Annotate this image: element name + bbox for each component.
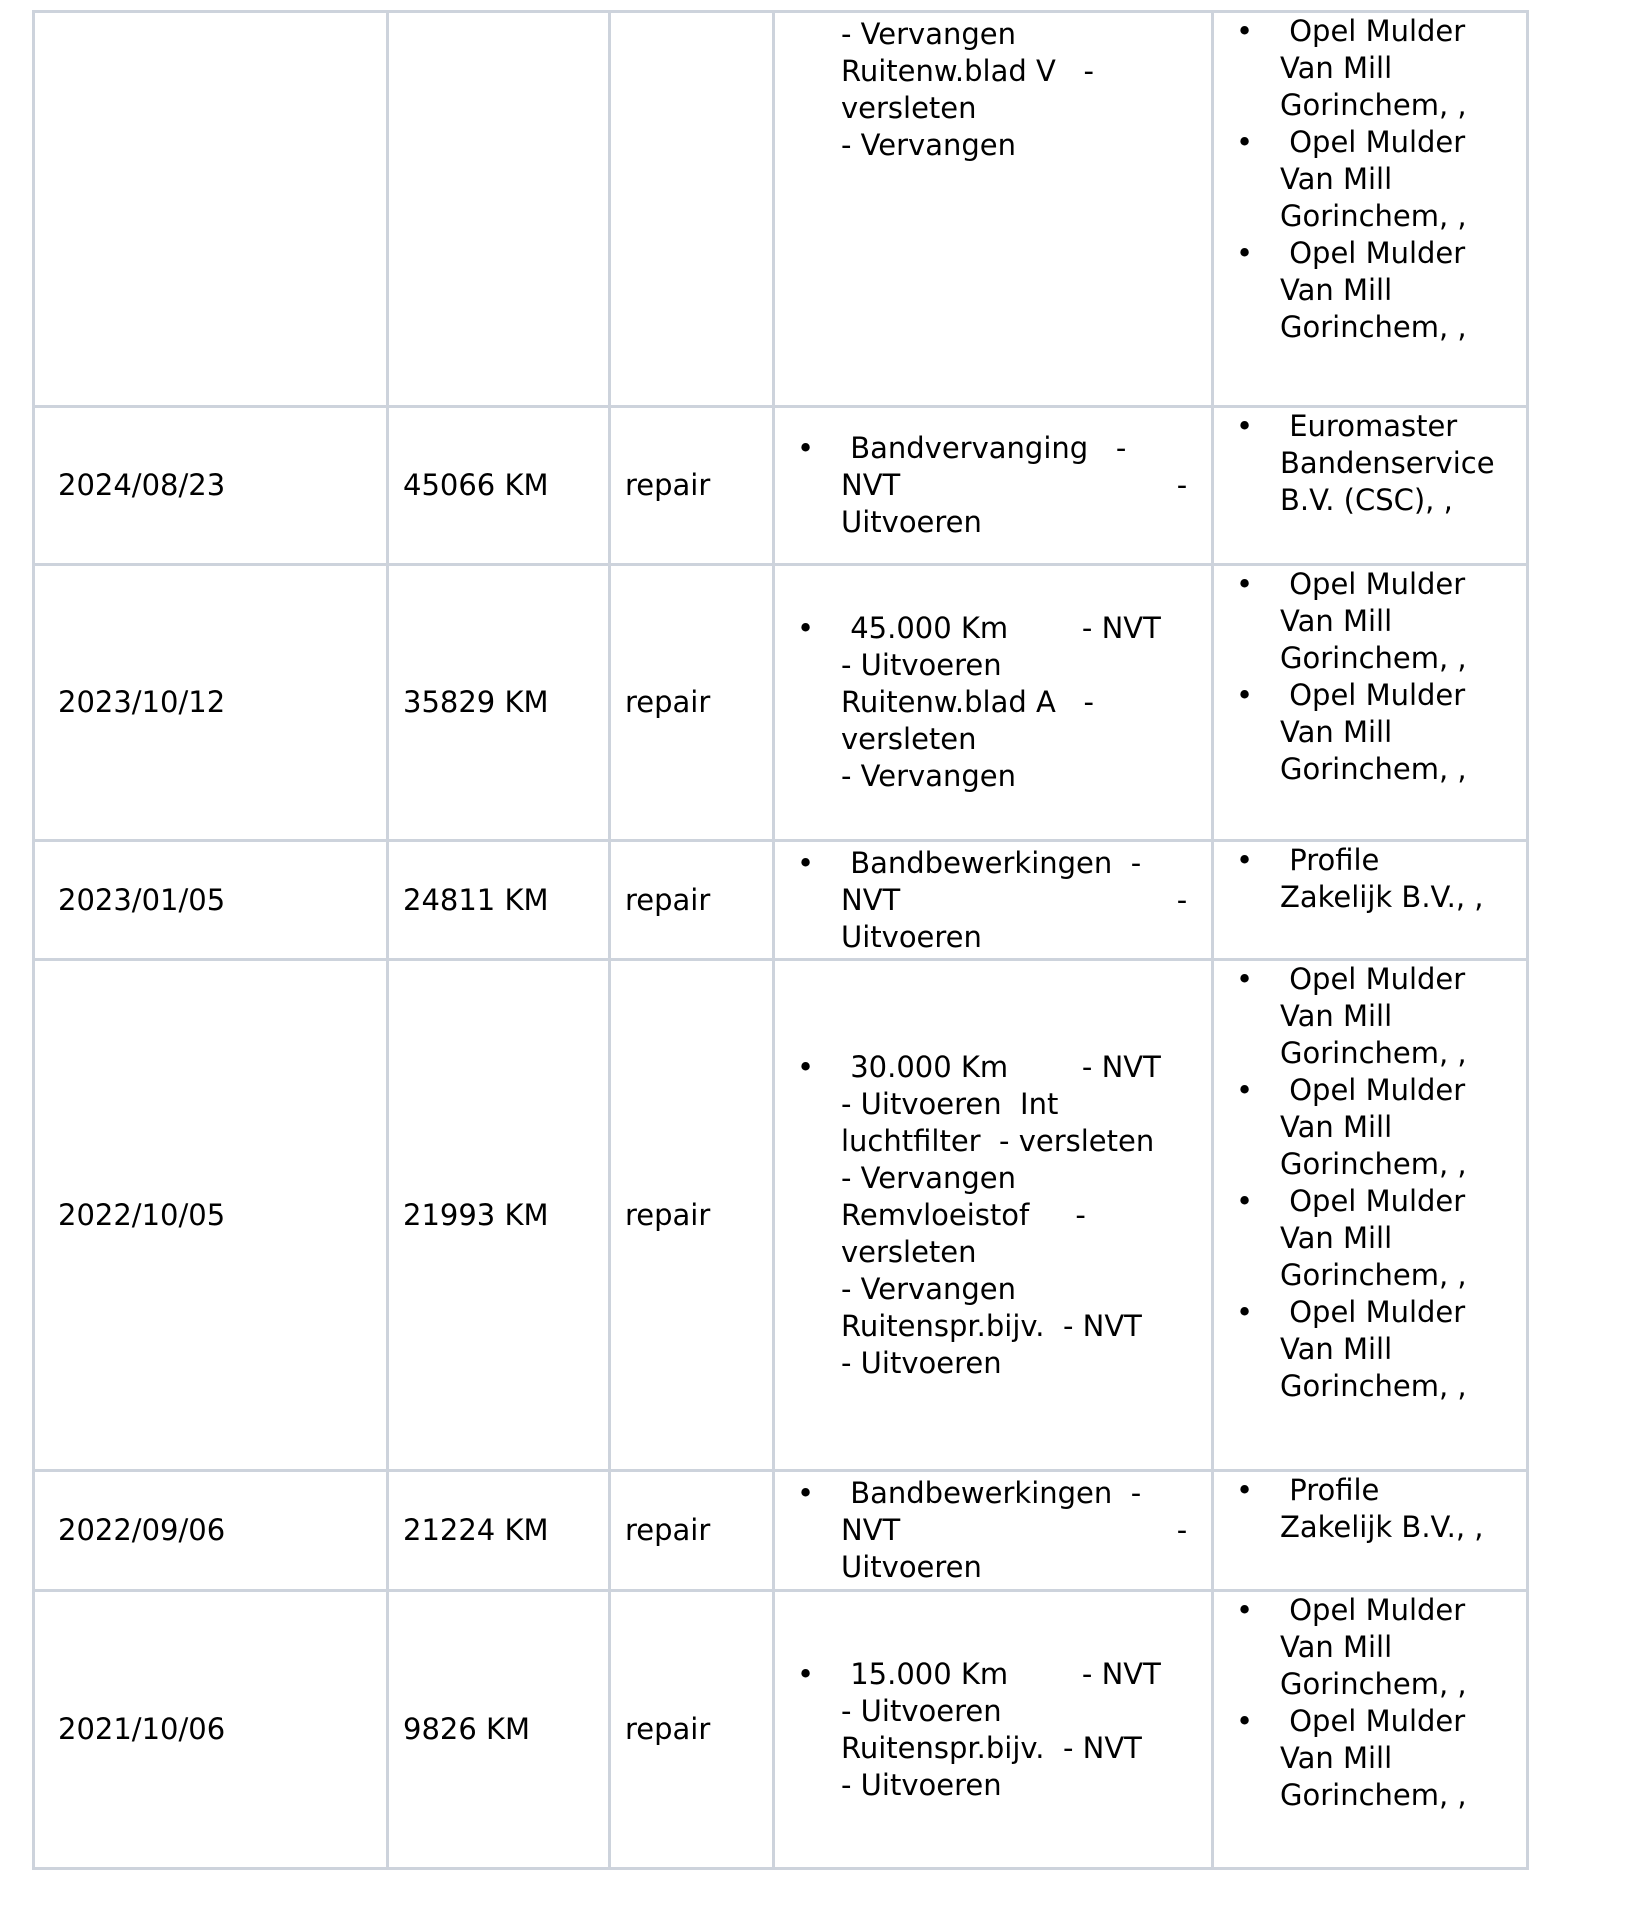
garage-line: Opel Mulder <box>1280 1703 1518 1740</box>
garage-line: Van Mill <box>1280 1331 1518 1368</box>
garage-item: • ProfileZakelijk B.V., , <box>1214 842 1518 916</box>
bullet-icon: • <box>1236 1072 1253 1109</box>
garage-line: Opel Mulder <box>1280 1294 1518 1331</box>
garage-item: • Opel MulderVan MillGorinchem, , <box>1214 13 1518 124</box>
date-cell: 2022/09/06 <box>34 1471 388 1591</box>
garage-item: • Opel MulderVan MillGorinchem, , <box>1214 566 1518 677</box>
bullet-icon: • <box>1236 124 1253 161</box>
garage-line: Gorinchem, , <box>1280 640 1518 677</box>
garage-item: • Opel MulderVan MillGorinchem, , <box>1214 677 1518 788</box>
garage-item: • Opel MulderVan MillGorinchem, , <box>1214 1072 1518 1183</box>
table-row: 2023/01/0524811 KMrepair• Bandbewerkinge… <box>34 841 1528 960</box>
work-line: versleten <box>841 90 1197 127</box>
garage-item: • Opel MulderVan MillGorinchem, , <box>1214 961 1518 1072</box>
work-line: 45.000 Km - NVT <box>841 610 1197 647</box>
garage-item: • Opel MulderVan MillGorinchem, , <box>1214 124 1518 235</box>
table-row: 2024/08/2345066 KMrepair• Bandvervanging… <box>34 407 1528 565</box>
bullet-icon: • <box>1236 235 1253 272</box>
garage-line: Gorinchem, , <box>1280 1777 1518 1814</box>
garage-cell: • Opel MulderVan MillGorinchem, ,• Opel … <box>1213 12 1528 407</box>
bullet-icon: • <box>797 1656 814 1693</box>
garage-line: Profile <box>1280 842 1518 879</box>
bullet-icon: • <box>1236 842 1253 879</box>
work-line: Uitvoeren <box>841 919 1197 956</box>
garage-line: Opel Mulder <box>1280 1183 1518 1220</box>
type-cell: repair <box>610 841 774 960</box>
garage-line: Van Mill <box>1280 1220 1518 1257</box>
bullet-icon: • <box>1236 1294 1253 1331</box>
garage-item: • Opel MulderVan MillGorinchem, , <box>1214 1592 1518 1703</box>
work-item: • Bandvervanging -NVT -Uitvoeren <box>775 430 1197 541</box>
work-cell: - VervangenRuitenw.blad V -versleten- Ve… <box>774 12 1213 407</box>
garage-line: B.V. (CSC), , <box>1280 482 1518 519</box>
garage-line: Gorinchem, , <box>1280 87 1518 124</box>
garage-list: • Opel MulderVan MillGorinchem, ,• Opel … <box>1214 13 1518 346</box>
work-list: • Bandvervanging -NVT -Uitvoeren <box>775 430 1197 541</box>
work-list: • 15.000 Km - NVT- UitvoerenRuitenspr.bi… <box>775 1656 1197 1804</box>
mileage-cell: 45066 KM <box>388 407 610 565</box>
garage-line: Gorinchem, , <box>1280 1368 1518 1405</box>
work-line: Bandbewerkingen - <box>841 1475 1197 1512</box>
mileage-cell: 21224 KM <box>388 1471 610 1591</box>
bullet-icon: • <box>1236 1472 1253 1509</box>
garage-line: Gorinchem, , <box>1280 309 1518 346</box>
work-line: - Uitvoeren <box>841 647 1197 684</box>
work-item: • Bandbewerkingen -NVT -Uitvoeren <box>775 845 1197 956</box>
garage-line: Van Mill <box>1280 1109 1518 1146</box>
garage-list: • Opel MulderVan MillGorinchem, ,• Opel … <box>1214 1592 1518 1814</box>
garage-cell: • ProfileZakelijk B.V., , <box>1213 1471 1528 1591</box>
work-line: Bandvervanging - <box>841 430 1197 467</box>
date-cell: 2022/10/05 <box>34 960 388 1471</box>
work-item: • Bandbewerkingen -NVT -Uitvoeren <box>775 1475 1197 1586</box>
garage-cell: • EuromasterBandenserviceB.V. (CSC), , <box>1213 407 1528 565</box>
garage-line: Zakelijk B.V., , <box>1280 879 1518 916</box>
bullet-icon: • <box>797 1049 814 1086</box>
bullet-icon: • <box>1236 961 1253 998</box>
garage-line: Opel Mulder <box>1280 1592 1518 1629</box>
mileage-cell: 35829 KM <box>388 565 610 841</box>
work-cell: • 15.000 Km - NVT- UitvoerenRuitenspr.bi… <box>774 1591 1213 1869</box>
bullet-icon: • <box>1236 677 1253 714</box>
work-line: - Vervangen <box>841 1160 1197 1197</box>
garage-line: Van Mill <box>1280 50 1518 87</box>
work-line: - Vervangen <box>841 1271 1197 1308</box>
garage-list: • Opel MulderVan MillGorinchem, ,• Opel … <box>1214 566 1518 788</box>
mileage-cell: 21993 KM <box>388 960 610 1471</box>
type-cell: repair <box>610 407 774 565</box>
work-item: • 45.000 Km - NVT- UitvoerenRuitenw.blad… <box>775 610 1197 795</box>
garage-line: Opel Mulder <box>1280 677 1518 714</box>
work-line: Ruitenspr.bijv. - NVT <box>841 1730 1197 1767</box>
garage-line: Van Mill <box>1280 272 1518 309</box>
type-cell: repair <box>610 565 774 841</box>
bullet-icon: • <box>797 845 814 882</box>
work-line: versleten <box>841 1234 1197 1271</box>
type-cell: repair <box>610 960 774 1471</box>
garage-line: Profile <box>1280 1472 1518 1509</box>
mileage-cell: 24811 KM <box>388 841 610 960</box>
bullet-icon: • <box>1236 1703 1253 1740</box>
garage-line: Zakelijk B.V., , <box>1280 1509 1518 1546</box>
work-line: NVT - <box>841 882 1197 919</box>
mileage-cell <box>388 12 610 407</box>
work-item: • 15.000 Km - NVT- UitvoerenRuitenspr.bi… <box>775 1656 1197 1804</box>
garage-line: Van Mill <box>1280 1629 1518 1666</box>
garage-line: Gorinchem, , <box>1280 198 1518 235</box>
date-cell: 2024/08/23 <box>34 407 388 565</box>
work-line: 30.000 Km - NVT <box>841 1049 1197 1086</box>
garage-line: Van Mill <box>1280 603 1518 640</box>
garage-line: Van Mill <box>1280 1740 1518 1777</box>
garage-cell: • Opel MulderVan MillGorinchem, ,• Opel … <box>1213 565 1528 841</box>
bullet-icon: • <box>1236 1183 1253 1220</box>
type-cell: repair <box>610 1591 774 1869</box>
work-line: Ruitenw.blad V - <box>841 53 1197 90</box>
garage-line: Van Mill <box>1280 998 1518 1035</box>
garage-line: Van Mill <box>1280 714 1518 751</box>
work-cell: • 45.000 Km - NVT- UitvoerenRuitenw.blad… <box>774 565 1213 841</box>
table-row: 2022/09/0621224 KMrepair• Bandbewerkinge… <box>34 1471 1528 1591</box>
work-line: Uitvoeren <box>841 504 1197 541</box>
work-line: Uitvoeren <box>841 1549 1197 1586</box>
bullet-icon: • <box>797 1475 814 1512</box>
garage-item: • ProfileZakelijk B.V., , <box>1214 1472 1518 1546</box>
bullet-icon: • <box>797 610 814 647</box>
table-row: - VervangenRuitenw.blad V -versleten- Ve… <box>34 12 1528 407</box>
bullet-icon: • <box>1236 13 1253 50</box>
bullet-icon: • <box>797 430 814 467</box>
table-body: - VervangenRuitenw.blad V -versleten- Ve… <box>34 12 1528 1869</box>
garage-item: • Opel MulderVan MillGorinchem, , <box>1214 1294 1518 1405</box>
work-line: - Vervangen <box>841 758 1197 795</box>
garage-list: • ProfileZakelijk B.V., , <box>1214 842 1518 916</box>
work-cell: • Bandbewerkingen -NVT -Uitvoeren <box>774 1471 1213 1591</box>
work-line: NVT - <box>841 467 1197 504</box>
bullet-icon: • <box>1236 408 1253 445</box>
work-line: - Uitvoeren <box>841 1693 1197 1730</box>
work-line: Bandbewerkingen - <box>841 845 1197 882</box>
maintenance-history-table: - VervangenRuitenw.blad V -versleten- Ve… <box>32 10 1529 1870</box>
garage-line: Gorinchem, , <box>1280 751 1518 788</box>
type-cell: repair <box>610 1471 774 1591</box>
work-line: - Uitvoeren <box>841 1345 1197 1382</box>
work-line: Ruitenspr.bijv. - NVT <box>841 1308 1197 1345</box>
garage-line: Gorinchem, , <box>1280 1257 1518 1294</box>
garage-cell: • Opel MulderVan MillGorinchem, ,• Opel … <box>1213 1591 1528 1869</box>
work-line: versleten <box>841 721 1197 758</box>
garage-item: • EuromasterBandenserviceB.V. (CSC), , <box>1214 408 1518 519</box>
table-row: 2021/10/069826 KMrepair• 15.000 Km - NVT… <box>34 1591 1528 1869</box>
garage-item: • Opel MulderVan MillGorinchem, , <box>1214 1183 1518 1294</box>
garage-line: Opel Mulder <box>1280 235 1518 272</box>
table-row: 2022/10/0521993 KMrepair• 30.000 Km - NV… <box>34 960 1528 1471</box>
bullet-icon: • <box>1236 1592 1253 1629</box>
garage-line: Opel Mulder <box>1280 124 1518 161</box>
date-cell: 2023/01/05 <box>34 841 388 960</box>
garage-cell: • Opel MulderVan MillGorinchem, ,• Opel … <box>1213 960 1528 1471</box>
work-list: • Bandbewerkingen -NVT -Uitvoeren <box>775 845 1197 956</box>
garage-line: Opel Mulder <box>1280 961 1518 998</box>
garage-list: • Opel MulderVan MillGorinchem, ,• Opel … <box>1214 961 1518 1405</box>
work-list: • 30.000 Km - NVT- Uitvoeren Intluchtfil… <box>775 1049 1197 1382</box>
date-cell: 2023/10/12 <box>34 565 388 841</box>
garage-item: • Opel MulderVan MillGorinchem, , <box>1214 1703 1518 1814</box>
garage-line: Van Mill <box>1280 161 1518 198</box>
work-line: - Vervangen <box>841 16 1197 53</box>
work-continuation-text: - VervangenRuitenw.blad V -versleten- Ve… <box>775 16 1197 164</box>
work-line: - Uitvoeren Int <box>841 1086 1197 1123</box>
work-line: - Vervangen <box>841 127 1197 164</box>
date-cell: 2021/10/06 <box>34 1591 388 1869</box>
date-cell <box>34 12 388 407</box>
garage-line: Opel Mulder <box>1280 566 1518 603</box>
garage-list: • EuromasterBandenserviceB.V. (CSC), , <box>1214 408 1518 519</box>
garage-line: Bandenservice <box>1280 445 1518 482</box>
work-list: • 45.000 Km - NVT- UitvoerenRuitenw.blad… <box>775 610 1197 795</box>
garage-line: Opel Mulder <box>1280 1072 1518 1109</box>
work-cell: • Bandvervanging -NVT -Uitvoeren <box>774 407 1213 565</box>
work-cell: • 30.000 Km - NVT- Uitvoeren Intluchtfil… <box>774 960 1213 1471</box>
work-list: • Bandbewerkingen -NVT -Uitvoeren <box>775 1475 1197 1586</box>
garage-line: Gorinchem, , <box>1280 1666 1518 1703</box>
work-line: - Uitvoeren <box>841 1767 1197 1804</box>
table-row: 2023/10/1235829 KMrepair• 45.000 Km - NV… <box>34 565 1528 841</box>
garage-cell: • ProfileZakelijk B.V., , <box>1213 841 1528 960</box>
work-line: 15.000 Km - NVT <box>841 1656 1197 1693</box>
work-cell: • Bandbewerkingen -NVT -Uitvoeren <box>774 841 1213 960</box>
work-line: luchtfilter - versleten <box>841 1123 1197 1160</box>
garage-line: Euromaster <box>1280 408 1518 445</box>
garage-line: Gorinchem, , <box>1280 1035 1518 1072</box>
mileage-cell: 9826 KM <box>388 1591 610 1869</box>
bullet-icon: • <box>1236 566 1253 603</box>
garage-line: Gorinchem, , <box>1280 1146 1518 1183</box>
garage-list: • ProfileZakelijk B.V., , <box>1214 1472 1518 1546</box>
garage-line: Opel Mulder <box>1280 13 1518 50</box>
work-line: Ruitenw.blad A - <box>841 684 1197 721</box>
work-item: • 30.000 Km - NVT- Uitvoeren Intluchtfil… <box>775 1049 1197 1382</box>
work-line: NVT - <box>841 1512 1197 1549</box>
garage-item: • Opel MulderVan MillGorinchem, , <box>1214 235 1518 346</box>
type-cell <box>610 12 774 407</box>
work-line: Remvloeistof - <box>841 1197 1197 1234</box>
